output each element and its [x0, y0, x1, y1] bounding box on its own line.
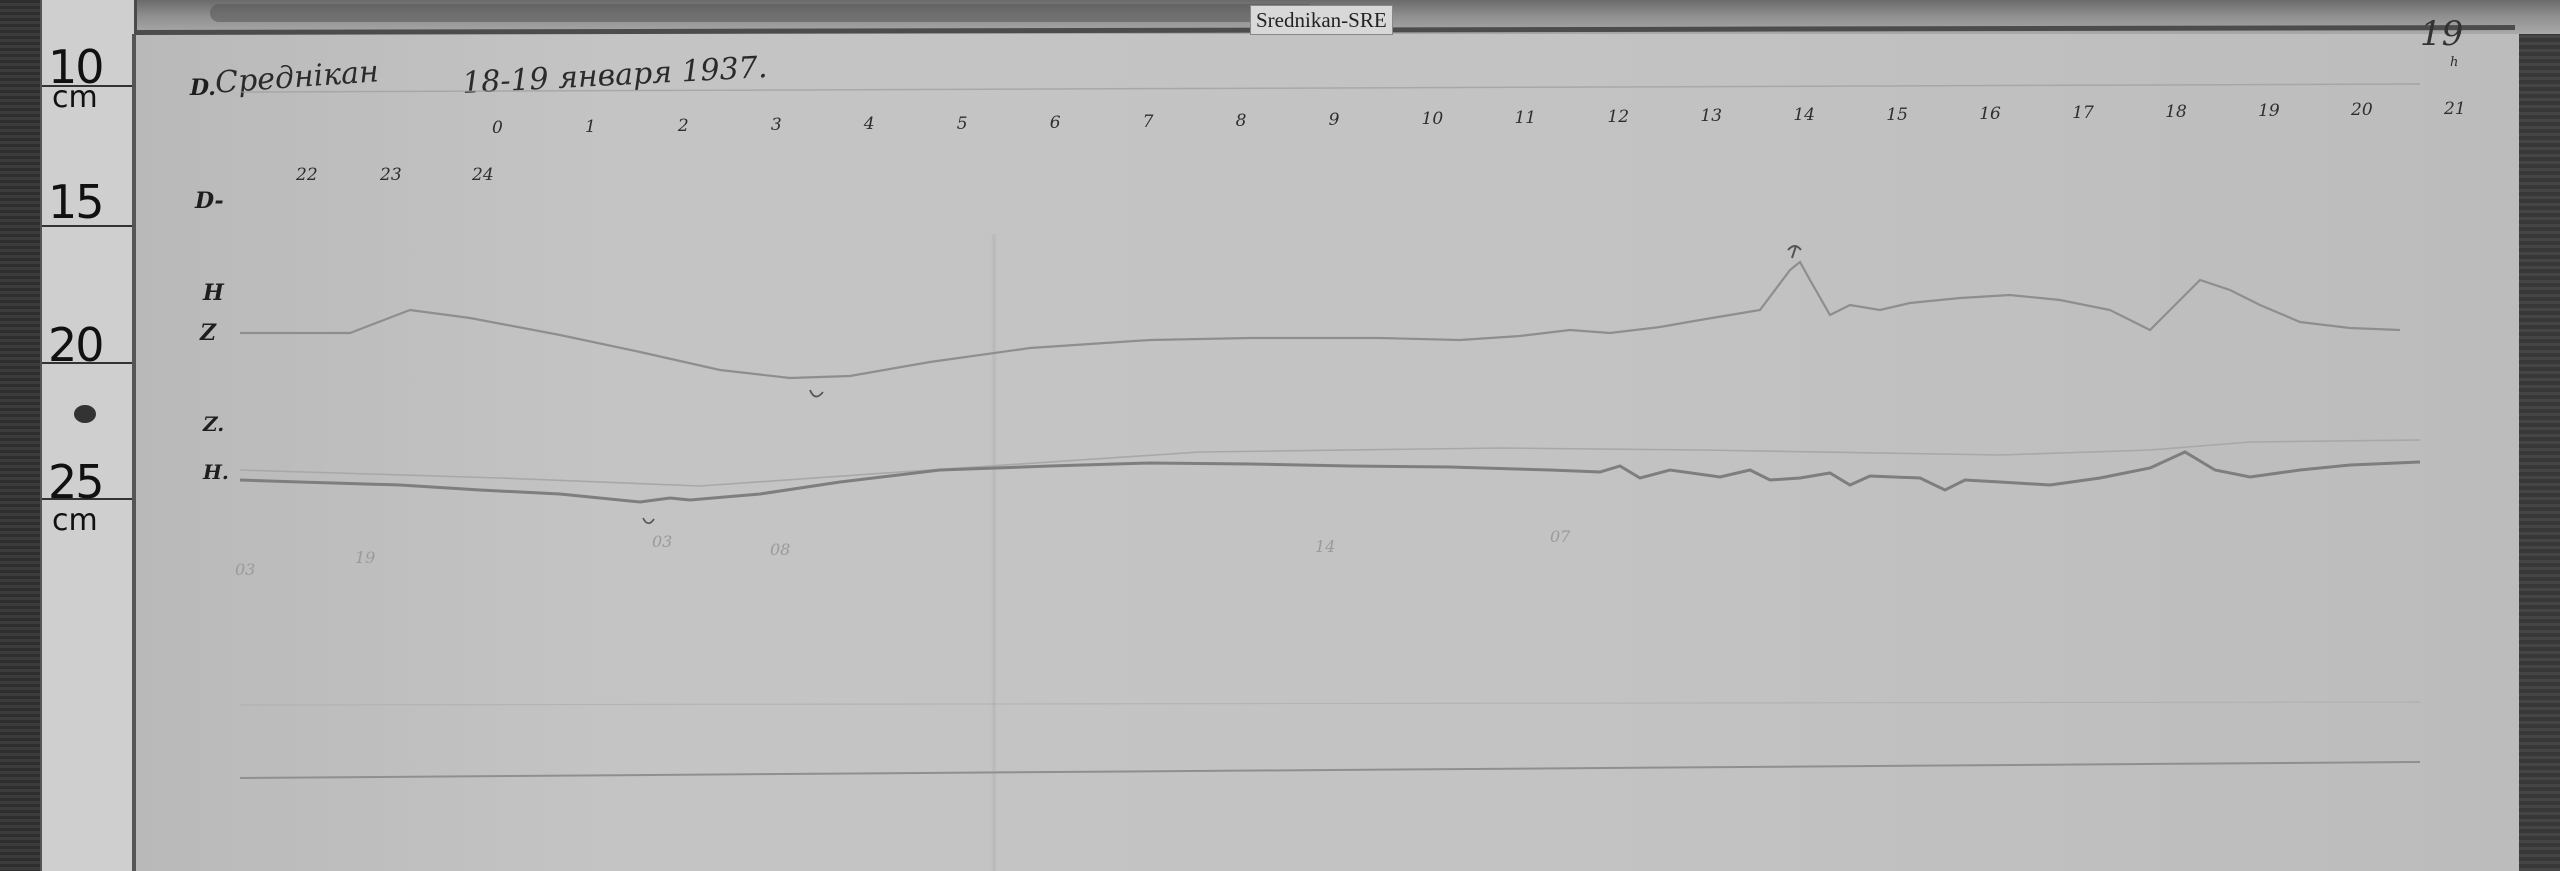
trace-d — [240, 262, 2400, 378]
trace-h-min-marker — [643, 518, 654, 523]
magnetogram-traces — [0, 0, 2560, 871]
trace-h-baseline — [240, 762, 2420, 778]
trace-d-marker — [1788, 246, 1801, 258]
trace-d-baseline — [240, 84, 2420, 92]
trace-d-min-marker — [810, 390, 823, 397]
trace-h — [240, 452, 2420, 502]
trace-z-baseline — [240, 702, 2420, 705]
